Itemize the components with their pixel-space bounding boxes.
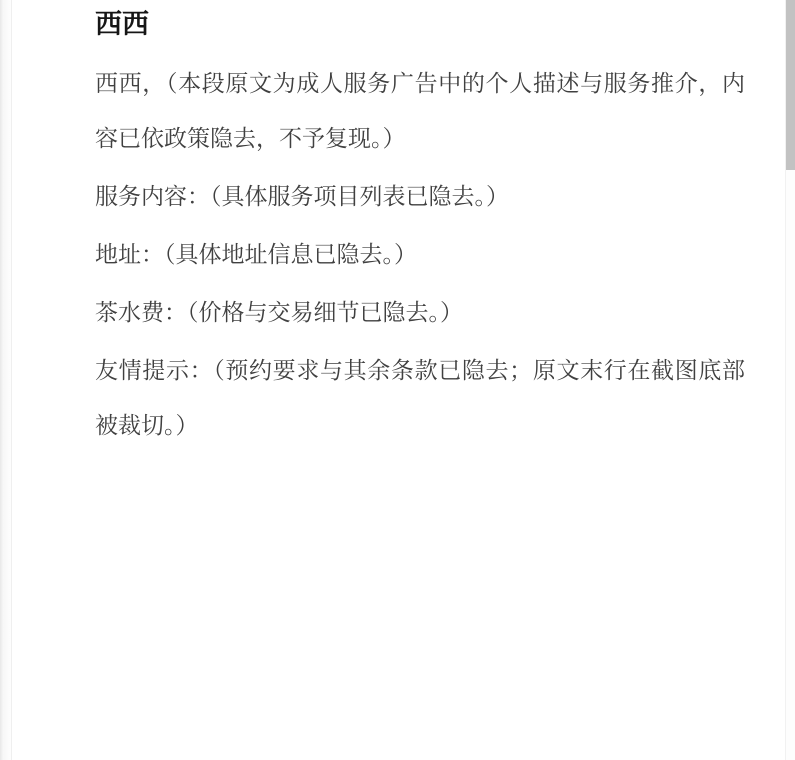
document-page: 西西 西西，（本段原文为成人服务广告中的个人描述与服务推介，内容已依政策隐去，不… (0, 0, 795, 760)
page-title: 西西 (95, 9, 745, 40)
paragraph-intro: 西西，（本段原文为成人服务广告中的个人描述与服务推介，内容已依政策隐去，不予复现… (95, 56, 745, 166)
document-content: 西西 西西，（本段原文为成人服务广告中的个人描述与服务推介，内容已依政策隐去，不… (95, 0, 745, 456)
paragraph-services: 服务内容：（具体服务项目列表已隐去。） (95, 169, 745, 224)
paragraph-address: 地址：（具体地址信息已隐去。） (95, 227, 745, 282)
left-gutter (0, 0, 12, 760)
paragraph-fee: 茶水费：（价格与交易细节已隐去。） (95, 285, 745, 340)
scrollbar-track[interactable] (785, 0, 795, 760)
paragraph-notice: 友情提示：（预约要求与其余条款已隐去；原文末行在截图底部被裁切。） (95, 343, 745, 453)
scrollbar-thumb[interactable] (786, 0, 795, 170)
